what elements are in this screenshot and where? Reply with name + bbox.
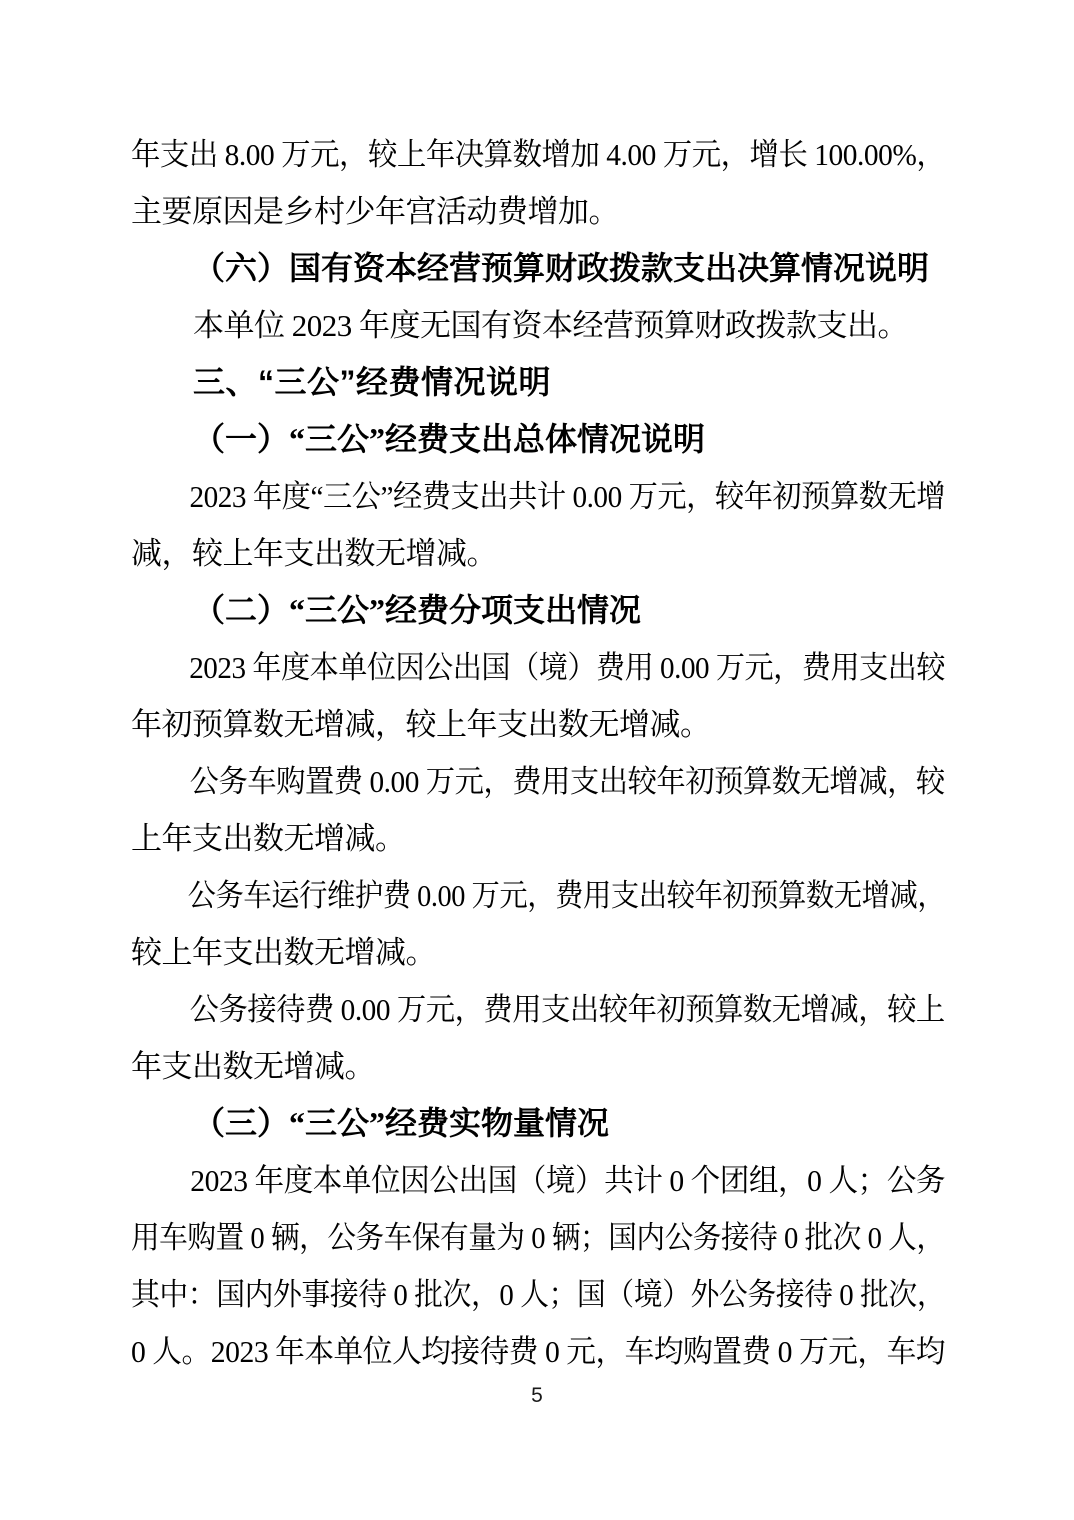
paragraph-line: 2023 年度“三公”经费支出共计 0.00 万元，较年初预算数无增 <box>131 468 899 525</box>
paragraph-line: 公务接待费 0.00 万元，费用支出较年初预算数无增减，较上 <box>131 981 901 1038</box>
paragraph-line: 年支出数无增减。 <box>131 1038 945 1095</box>
paragraph-line: 其中：国内外事接待 0 批次，0 人；国（境）外公务接待 0 批次， <box>131 1266 889 1323</box>
paragraph-line: 公务车运行维护费 0.00 万元，费用支出较年初预算数无增减， <box>131 867 875 924</box>
paragraph-line: 减，较上年支出数无增减。 <box>131 525 945 582</box>
paragraph-line: 年初预算数无增减，较上年支出数无增减。 <box>131 696 945 753</box>
paragraph-line: 2023 年度本单位因公出国（境）共计 0 个团组，0 人；公务 <box>131 1152 909 1209</box>
paragraph-line: 2023 年度本单位因公出国（境）费用 0.00 万元，费用支出较 <box>131 639 895 696</box>
section-heading-2-itemized-spending: （二）“三公”经费分项支出情况 <box>131 582 945 639</box>
document-body: 年支出 8.00 万元，较上年决算数增加 4.00 万元，增长 100.00%，… <box>131 126 945 1380</box>
paragraph-line: 主要原因是乡村少年宫活动费增加。 <box>131 183 945 240</box>
paragraph-line: 年支出 8.00 万元，较上年决算数增加 4.00 万元，增长 100.00%， <box>131 126 903 183</box>
chapter-heading-3-three-public-funds: 三、“三公”经费情况说明 <box>131 354 945 411</box>
section-heading-1-overall-spending: （一）“三公”经费支出总体情况说明 <box>131 411 945 468</box>
section-heading-6-state-capital: （六）国有资本经营预算财政拨款支出决算情况说明 <box>131 240 945 297</box>
paragraph-line: 上年支出数无增减。 <box>131 810 945 867</box>
paragraph-line: 用车购置 0 辆，公务车保有量为 0 辆；国内公务接待 0 批次 0 人， <box>131 1209 883 1266</box>
paragraph-line: 0 人。2023 年本单位人均接待费 0 元，车均购置费 0 万元，车均 <box>131 1323 911 1380</box>
document-page: 年支出 8.00 万元，较上年决算数增加 4.00 万元，增长 100.00%，… <box>0 0 1074 1520</box>
page-number: 5 <box>0 1382 1074 1410</box>
section-heading-3-physical-quantities: （三）“三公”经费实物量情况 <box>131 1095 945 1152</box>
paragraph-line: 较上年支出数无增减。 <box>131 924 945 981</box>
paragraph-line: 公务车购置费 0.00 万元，费用支出较年初预算数无增减，较 <box>131 753 901 810</box>
paragraph-line: 本单位 2023 年度无国有资本经营预算财政拨款支出。 <box>131 297 945 354</box>
